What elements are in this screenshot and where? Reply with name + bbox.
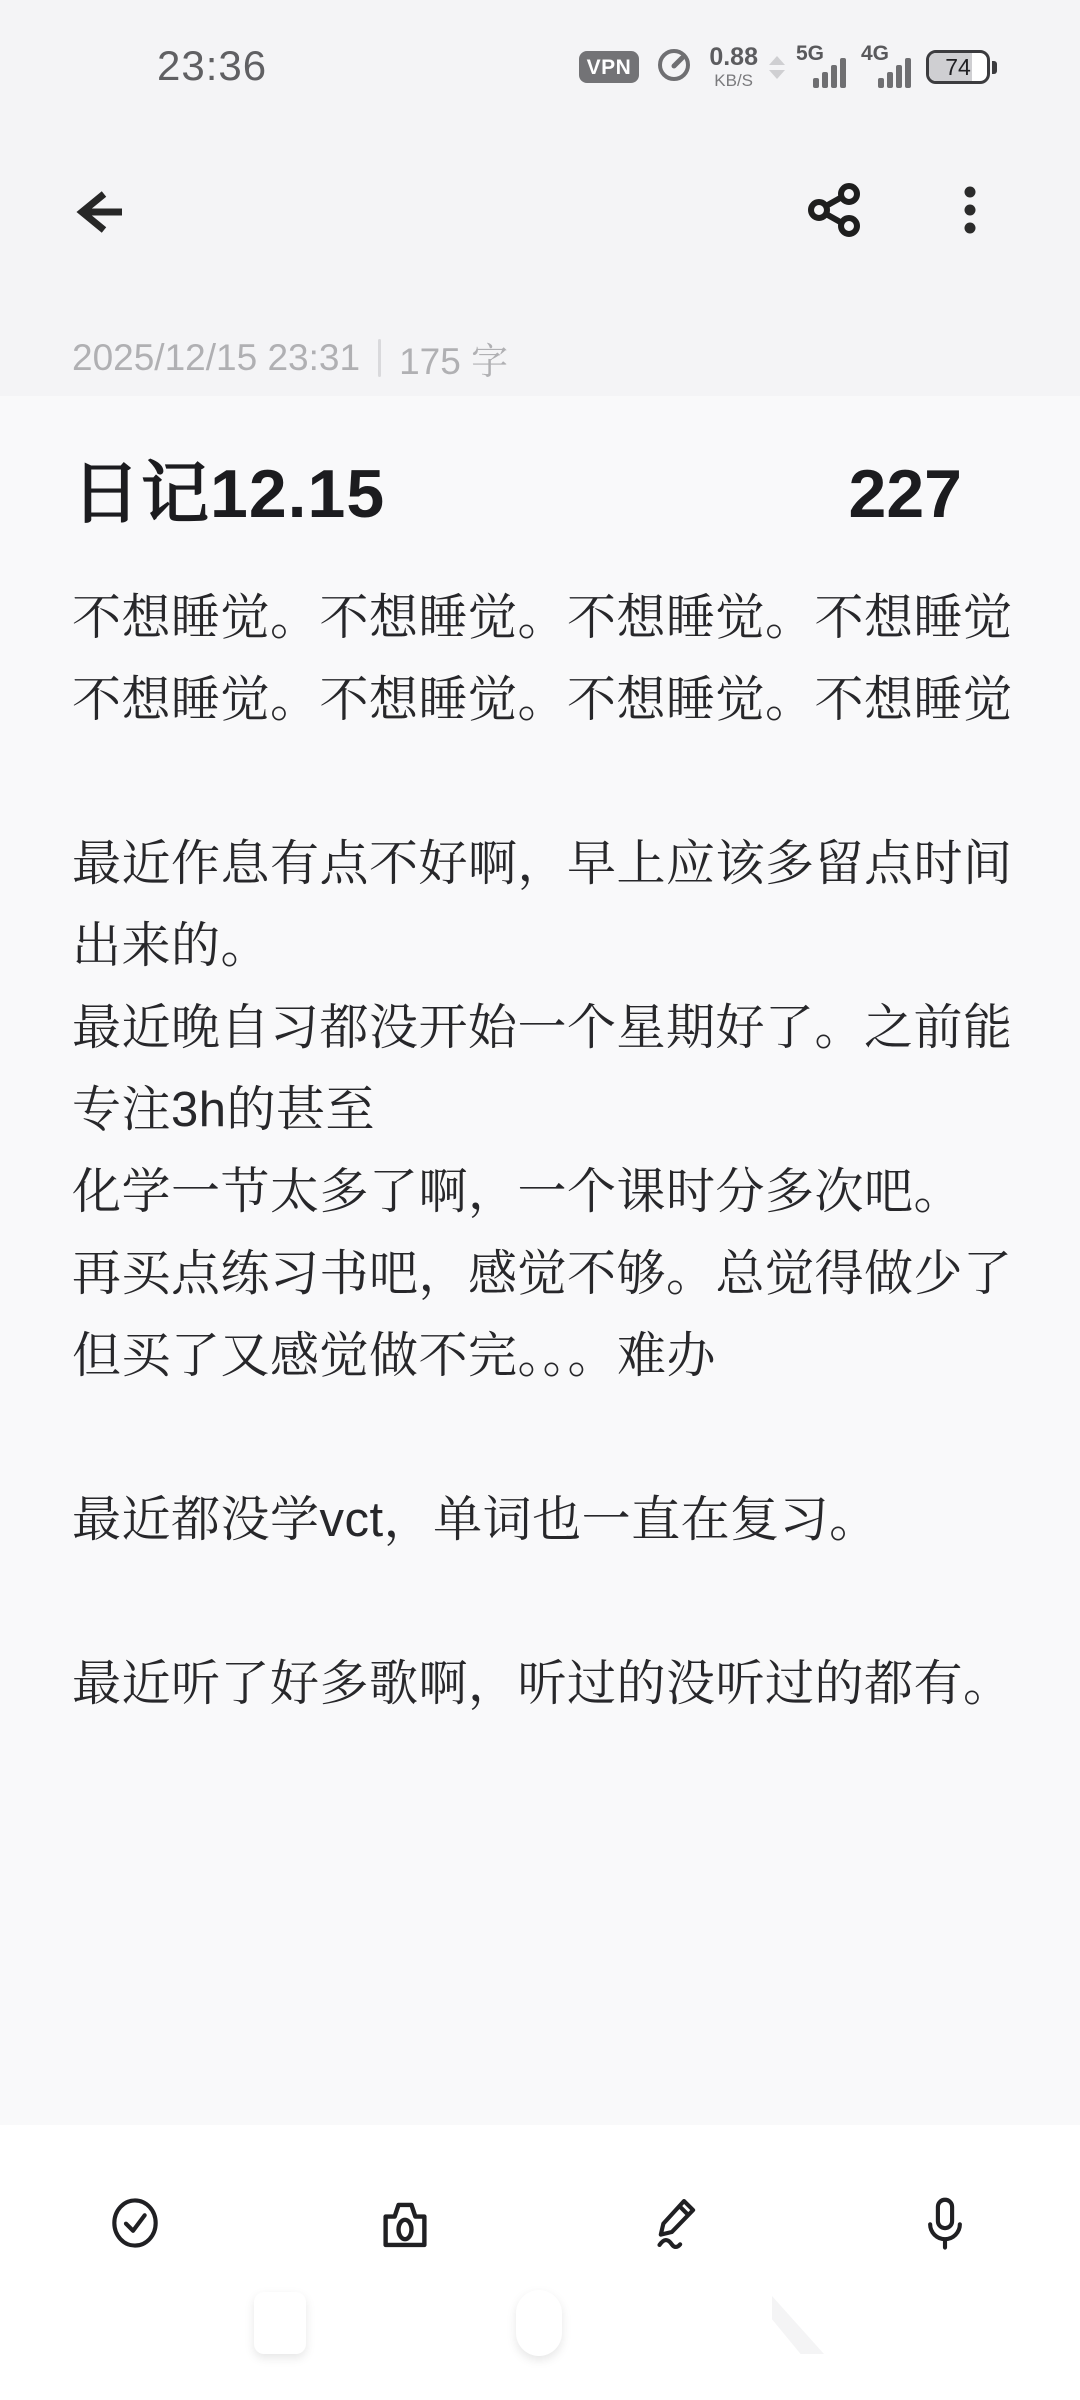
metadata-divider (378, 339, 381, 377)
doodle-pen-icon (644, 2192, 706, 2254)
microphone-icon (914, 2192, 976, 2254)
note-word-count: 175 字 (399, 331, 508, 385)
home-key[interactable] (516, 2290, 562, 2356)
body-line: 专注3h的甚至 (72, 1069, 1010, 1151)
body-line: 但买了又感觉做不完。。。难办 (72, 1315, 1010, 1397)
nav-bar (0, 150, 1080, 300)
note-datetime: 2025/12/15 23:31 (72, 337, 360, 379)
body-line: 最近作息有点不好啊，早上应该多留点时间 (72, 823, 1010, 905)
body-line: 出来的。 (72, 905, 1010, 987)
status-icons: VPN 0.88 KB/S 5G 4G (579, 44, 997, 90)
note-title[interactable]: 日记12.15 (72, 440, 385, 537)
status-bar: 23:36 VPN 0.88 KB/S 5G 4G (0, 0, 1080, 110)
kebab-menu-icon (943, 183, 997, 237)
battery-icon: 74 (926, 50, 997, 84)
system-nav-bar (0, 2320, 1080, 2400)
network-speed: 0.88 KB/S (709, 45, 758, 89)
check-circle-icon (104, 2192, 166, 2254)
body-line: 不想睡觉。不想睡觉。不想睡觉。不想睡觉 (72, 577, 1010, 659)
body-line (72, 1397, 1010, 1479)
clock-text: 23:36 (157, 42, 267, 90)
camera-button[interactable] (270, 2192, 540, 2254)
body-line: 最近听了好多歌啊，听过的没听过的都有。 (72, 1643, 1010, 1725)
todo-check-button[interactable] (0, 2192, 270, 2254)
data-saver-icon (654, 45, 694, 90)
share-button[interactable] (804, 180, 864, 240)
vpn-badge: VPN (579, 51, 640, 83)
note-body[interactable]: 不想睡觉。不想睡觉。不想睡觉。不想睡觉 不想睡觉。不想睡觉。不想睡觉。不想睡觉 … (72, 577, 1010, 1725)
share-icon (805, 181, 863, 239)
voice-button[interactable] (810, 2192, 1080, 2254)
traffic-arrows-icon (769, 56, 785, 79)
body-line (72, 1561, 1010, 1643)
note-content[interactable]: 日记12.15 227 不想睡觉。不想睡觉。不想睡觉。不想睡觉 不想睡觉。不想睡… (0, 396, 1080, 2125)
signal-4g-icon: 4G (861, 44, 911, 90)
note-title-row: 日记12.15 227 (72, 440, 1010, 537)
body-line: 最近晚自习都没开始一个星期好了。之前能 (72, 987, 1010, 1069)
doodle-button[interactable] (540, 2192, 810, 2254)
note-counter: 227 (849, 455, 962, 533)
note-metadata: 2025/12/15 23:31 175 字 (72, 328, 1010, 388)
more-menu-button[interactable] (940, 180, 1000, 240)
body-line: 化学一节太多了啊，一个课时分多次吧。 (72, 1151, 1010, 1233)
recents-key[interactable] (254, 2292, 306, 2354)
body-line: 不想睡觉。不想睡觉。不想睡觉。不想睡觉 (72, 659, 1010, 741)
camera-icon (374, 2192, 436, 2254)
body-line: 最近都没学vct，单词也一直在复习。 (72, 1479, 1010, 1561)
body-line: 再买点练习书吧，感觉不够。总觉得做少了 (72, 1233, 1010, 1315)
body-line (72, 741, 1010, 823)
back-button[interactable] (66, 180, 130, 244)
signal-5g-icon: 5G (796, 44, 846, 90)
